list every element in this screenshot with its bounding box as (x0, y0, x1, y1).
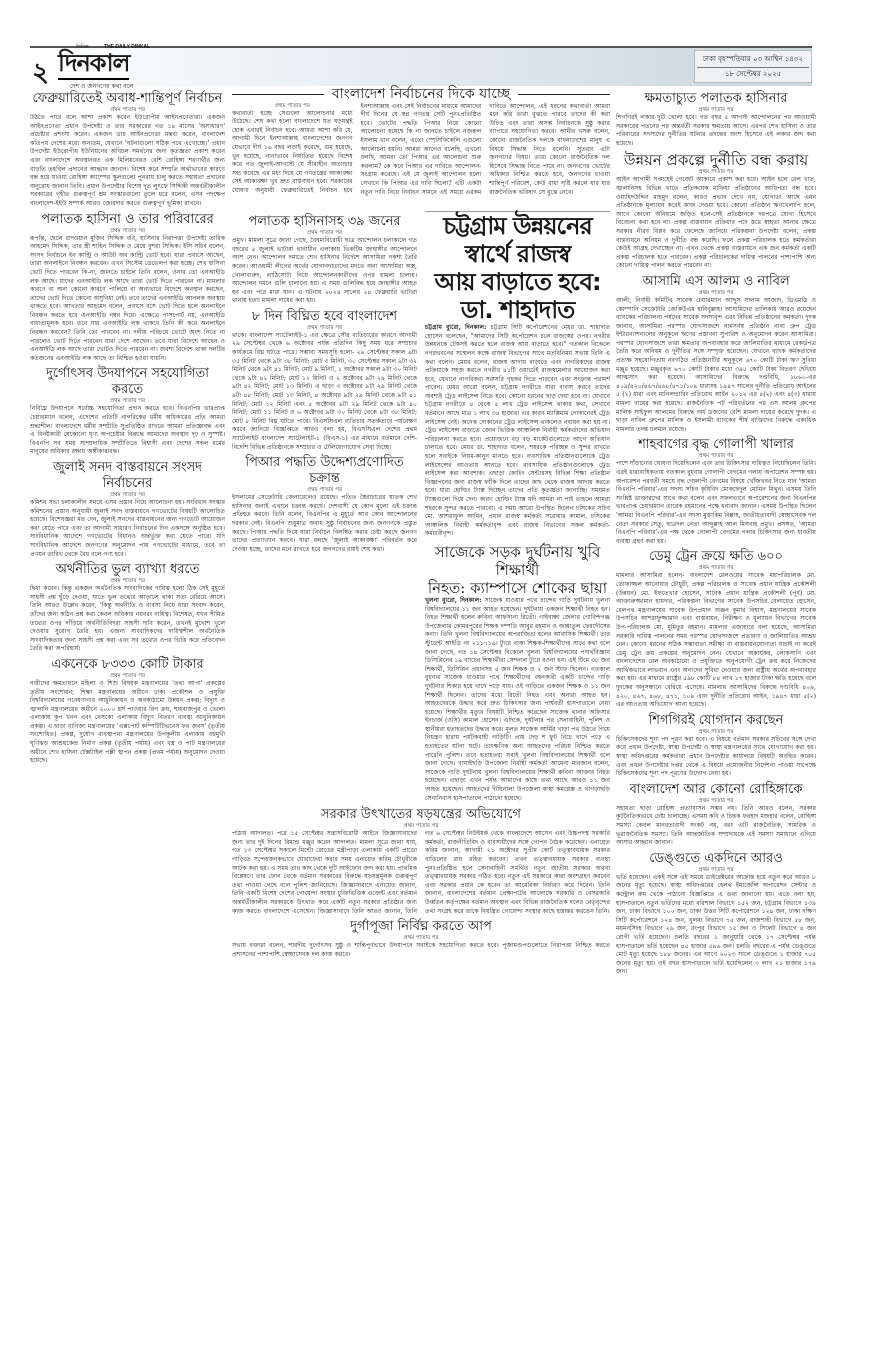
lead-headline-line1[interactable]: চট্টগ্রাম উন্নয়নের স্বার্থে রাজস্ব (425, 212, 610, 268)
article-body: আলী, নির্বাহী কমিটির সাবেক চেয়ারম্যান আ… (616, 297, 816, 435)
banner-headline[interactable]: বাংলাদেশ নির্বাচনের দিকে যাচ্ছে (332, 90, 510, 99)
article: শাহবাগের বৃদ্ধ গোলাপী খালার প্রথম পাতার … (616, 437, 816, 546)
article-body: সহায়তা ছাড়া রোহিঙ্গা প্রত্যাবাসন সম্ভব… (616, 805, 816, 848)
article-body: চিকিৎসকদের শূন্য পদ পূরণ করা হবে। এ বিষয… (616, 736, 816, 779)
middle-left-subcolumn: পলাতক হাসিনাসহ ৩৯ জনের প্রথম পাতার পর প্… (232, 211, 417, 803)
article-headline[interactable]: সরকার উৎখাতের ষড়যন্ত্রের অভিযোগে (232, 807, 610, 823)
lead-headline-line2[interactable]: আয় বাড়াতে হবে: ডা. শাহাদাত (425, 268, 610, 324)
article: শিগগিরই যোগদান করছেন প্রথম পাতার পর চিকি… (616, 713, 816, 779)
article-body: প্রমুখ। মামলা সূত্রে জানা গেছে, বৈষম্যবি… (232, 237, 417, 306)
continuation-label: প্রথম পাতার পর (30, 673, 225, 680)
article: দুর্গাপূজা নির্বিঘ্ন করতে আপ প্রথম পাতার… (232, 919, 610, 959)
lead-story: চট্টগ্রাম উন্নয়নের স্বার্থে রাজস্ব আয় … (425, 211, 610, 539)
article-headline[interactable]: পলাতক হাসিনাসহ ৩৯ জনের (232, 214, 417, 230)
article-body: কথাবার্তা হচ্ছে সেগুলো আলোচনার মধ্যে উঠে… (232, 103, 610, 198)
article-body: থাকে। বাংলাদেশ স্যাটেলাইট-১ এর ক্ষেত্রে … (232, 332, 417, 452)
article-headline[interactable]: দুর্গোৎসব উদযাপনে সহযোগিতা করতে (30, 366, 225, 398)
article-headline[interactable]: পিআর পদ্ধতি উদ্দেশ্যপ্রণোদিত চক্রান্ত (232, 455, 417, 487)
masthead: ২ দৈনিক THE DAILY DINKAL দিনকাল দেশ ও জন… (30, 46, 812, 86)
article-body: সাজেক যাওয়ার পথে চান্দের গাড়ি দুর্ঘটনা… (425, 597, 610, 802)
article-body: উঠতে পারে বলে আশা প্রকাশ করেন ইউরোপীয় আ… (30, 114, 225, 209)
article-body: রূপন্তি, ছেলে রাদওয়ান মুজিব সিদ্দিক ববি… (30, 235, 225, 364)
article-headline[interactable]: পলাতক হাসিনা ও তার পরিবারের (30, 212, 225, 228)
logo-wordmark: দিনকাল (58, 48, 129, 80)
article-headline[interactable]: দুর্গাপূজা নির্বিঘ্ন করতে আপ (232, 919, 610, 935)
article: ডেমু ট্রেন ক্রয়ে ক্ষতি ৬০০ প্রথম পাতার … (616, 549, 816, 710)
article-headline[interactable]: অর্থনীতির ভুল ব্যাখ্যা ধরতে (30, 562, 225, 578)
article: জুলাই সনদ বাস্তবায়নে সংসদ নির্বাচনের প্… (30, 460, 225, 559)
date-english: ১৮ সেপ্টেম্বর ২০২৫ (697, 68, 809, 80)
article: পলাতক হাসিনা ও তার পরিবারের প্রথম পাতার … (30, 212, 225, 364)
article-body: দ্বিধা করেন। কিন্তু একজন অর্থনৈতিক সাংবা… (30, 585, 225, 654)
middle-split: পলাতক হাসিনাসহ ৩৯ জনের প্রথম পাতার পর প্… (232, 211, 610, 803)
article-body: শিগগিরই লকার দুটি খোলা হবে। গত বছর ৫ আগস… (616, 114, 816, 148)
article-body: সভায় বক্তারা বলেন, শারদীয় দুর্গোৎসব সু… (232, 942, 610, 959)
date-box: ঢাকা বৃহস্পতিবার ০৩ আশ্বিন ১৪৩২ ১৮ সেপ্ট… (694, 50, 812, 83)
article-headline[interactable]: জুলাই সনদ বাস্তবায়নে সংসদ নির্বাচনের (30, 460, 225, 492)
article-body: পাঠায় আদালত। পরে ১৫ সেপ্টেম্বর সন্ত্রাস… (232, 830, 610, 916)
article: ৮ দিন বিঘ্নিত হবে বাংলাদেশ প্রথম পাতার প… (232, 309, 417, 452)
banner-story-body: প্রথম পাতার পর কথাবার্তা হচ্ছে সেগুলো আল… (232, 103, 610, 198)
article-headline[interactable]: ৮ দিন বিঘ্নিত হবে বাংলাদেশ (232, 309, 417, 325)
article-body: নারীদের ক্ষমতায়নে মহিলা ও শিশু বিষয়ক ম… (30, 680, 225, 766)
article-headline[interactable]: শিগগিরই যোগদান করছেন (616, 713, 816, 729)
dateline: খুলনা ব্যুরো, দিনকাল: (425, 597, 481, 604)
continuation-label: প্রথম পাতার পর (30, 228, 225, 235)
article-body: আইন আগামী সপ্তাহেই গেজেট আকারে প্রকাশ কর… (616, 176, 816, 271)
article-headline[interactable]: ডেঙ্গুতে একদিনে আরও (616, 851, 816, 867)
continuation-label: প্রথম পাতার পর (616, 565, 816, 572)
divider (518, 94, 610, 95)
article-body: চট্টগ্রাম সিটি কর্পোরেশনের মেয়র ডা. শাহ… (425, 324, 610, 537)
article-body: ইসলামের সেক্রেটারি জেনারেলেও রয়েছে। পতি… (232, 494, 417, 554)
logo-english: THE DAILY DINKAL (104, 44, 150, 50)
article-headline[interactable]: আসামি এস আলম ও নাবিল (616, 274, 816, 290)
article-headline[interactable]: ফেব্রুয়ারিতেই অবাধ-শান্তিপূর্ণ নির্বাচন (30, 91, 225, 107)
article: ডেঙ্গুতে একদিনে আরও প্রথম পাতার পর ভর্তি… (616, 851, 816, 977)
right-column: ক্ষমতাচ্যুত পলাতক হাসিনার প্রথম পাতার পর… (616, 88, 816, 977)
newspaper-logo[interactable]: দৈনিক THE DAILY DINKAL দিনকাল (58, 48, 129, 80)
article-body: নির্বিঘ্নে উদযাপনে সর্বোচ্চ সহযোগিতা প্র… (30, 405, 225, 457)
left-column: ফেব্রুয়ারিতেই অবাধ-শান্তিপূর্ণ নির্বাচন… (30, 88, 225, 766)
article: আসামি এস আলম ও নাবিল প্রথম পাতার পর আলী,… (616, 274, 816, 435)
article: ক্ষমতাচ্যুত পলাতক হাসিনার প্রথম পাতার পর… (616, 91, 816, 148)
middle-column: বাংলাদেশ নির্বাচনের দিকে যাচ্ছে প্রথম পা… (232, 88, 610, 959)
date-bangla: ঢাকা বৃহস্পতিবার ০৩ আশ্বিন ১৪৩২ (697, 53, 809, 68)
continuation-label: প্রথম পাতার পর (616, 729, 816, 736)
article-body: মামলার আসামিরা হলেন- বাংলাদেশ রেলওয়ের স… (616, 572, 816, 710)
article: পিআর পদ্ধতি উদ্দেশ্যপ্রণোদিত চক্রান্ত প্… (232, 455, 417, 554)
article: একনেকে ৮৩৩৩ কোটি টাকার প্রথম পাতার পর না… (30, 657, 225, 766)
continuation-label: প্রথম পাতার পর (616, 290, 816, 297)
continuation-label: প্রথম পাতার পর (616, 867, 816, 874)
article: উন্নয়ন প্রকল্পে দুর্নীতি বন্ধ করায় প্র… (616, 151, 816, 271)
article-headline[interactable]: একনেকে ৮৩৩৩ কোটি টাকার (30, 657, 225, 673)
article-body: ভর্তি হয়েছেন। একই সঙ্গে এই সময়ে ডাইরেক… (616, 874, 816, 977)
continuation-label: প্রথম পাতার পর (616, 107, 816, 114)
second-headline-line1[interactable]: সাজেকে সড়ক দুর্ঘটনায় খুবি শিক্ষার্থী (425, 543, 610, 579)
article-body: পাশে দাঁড়ানোর ঘোষণা দিয়েছিলেন এবং তার … (616, 460, 816, 546)
article-headline[interactable]: শাহবাগের বৃদ্ধ গোলাপী খালার (616, 437, 816, 453)
article: পলাতক হাসিনাসহ ৩৯ জনের প্রথম পাতার পর প্… (232, 214, 417, 306)
continuation-label: প্রথম পাতার পর (232, 325, 417, 332)
continuation-label: প্রথম পাতার পর (30, 107, 225, 114)
article: দুর্গোৎসব উদযাপনে সহযোগিতা করতে প্রথম পা… (30, 366, 225, 457)
continuation-label: প্রথম পাতার পর (616, 798, 816, 805)
article: ফেব্রুয়ারিতেই অবাধ-শান্তিপূর্ণ নির্বাচন… (30, 91, 225, 209)
article: অর্থনীতির ভুল ব্যাখ্যা ধরতে প্রথম পাতার … (30, 562, 225, 654)
article-headline[interactable]: উন্নয়ন প্রকল্পে দুর্নীতি বন্ধ করায় (616, 151, 816, 169)
article-headline[interactable]: ডেমু ট্রেন ক্রয়ে ক্ষতি ৬০০ (616, 549, 816, 565)
middle-right-subcolumn: চট্টগ্রাম উন্নয়নের স্বার্থে রাজস্ব আয় … (425, 211, 610, 803)
second-story: সাজেকে সড়ক দুর্ঘটনায় খুবি শিক্ষার্থী ন… (425, 543, 610, 803)
continuation-label: প্রথম পাতার পর (232, 103, 353, 110)
banner-story-header: বাংলাদেশ নির্বাচনের দিকে যাচ্ছে (232, 90, 610, 99)
dateline: চট্টগ্রাম ব্যুরো, দিনকাল: (425, 324, 486, 331)
article: বাংলাদেশ আর কোনো রোহিঙ্গাকে প্রথম পাতার … (616, 782, 816, 848)
article: সরকার উৎখাতের ষড়যন্ত্রের অভিযোগে প্রথম … (232, 807, 610, 916)
divider (232, 94, 324, 95)
article-headline[interactable]: ক্ষমতাচ্যুত পলাতক হাসিনার (616, 91, 816, 107)
continuation-label: প্রথম পাতার পর (30, 492, 225, 499)
logo-daily-label: দৈনিক (76, 44, 89, 52)
article-body: কমিশন সভা চলাকালীন সময়ে এসব প্রস্তাব নি… (30, 499, 225, 559)
article-headline[interactable]: বাংলাদেশ আর কোনো রোহিঙ্গাকে (616, 782, 816, 798)
second-headline-line2[interactable]: নিহত: ক্যাম্পাসে শোকের ছায়া (425, 579, 610, 597)
